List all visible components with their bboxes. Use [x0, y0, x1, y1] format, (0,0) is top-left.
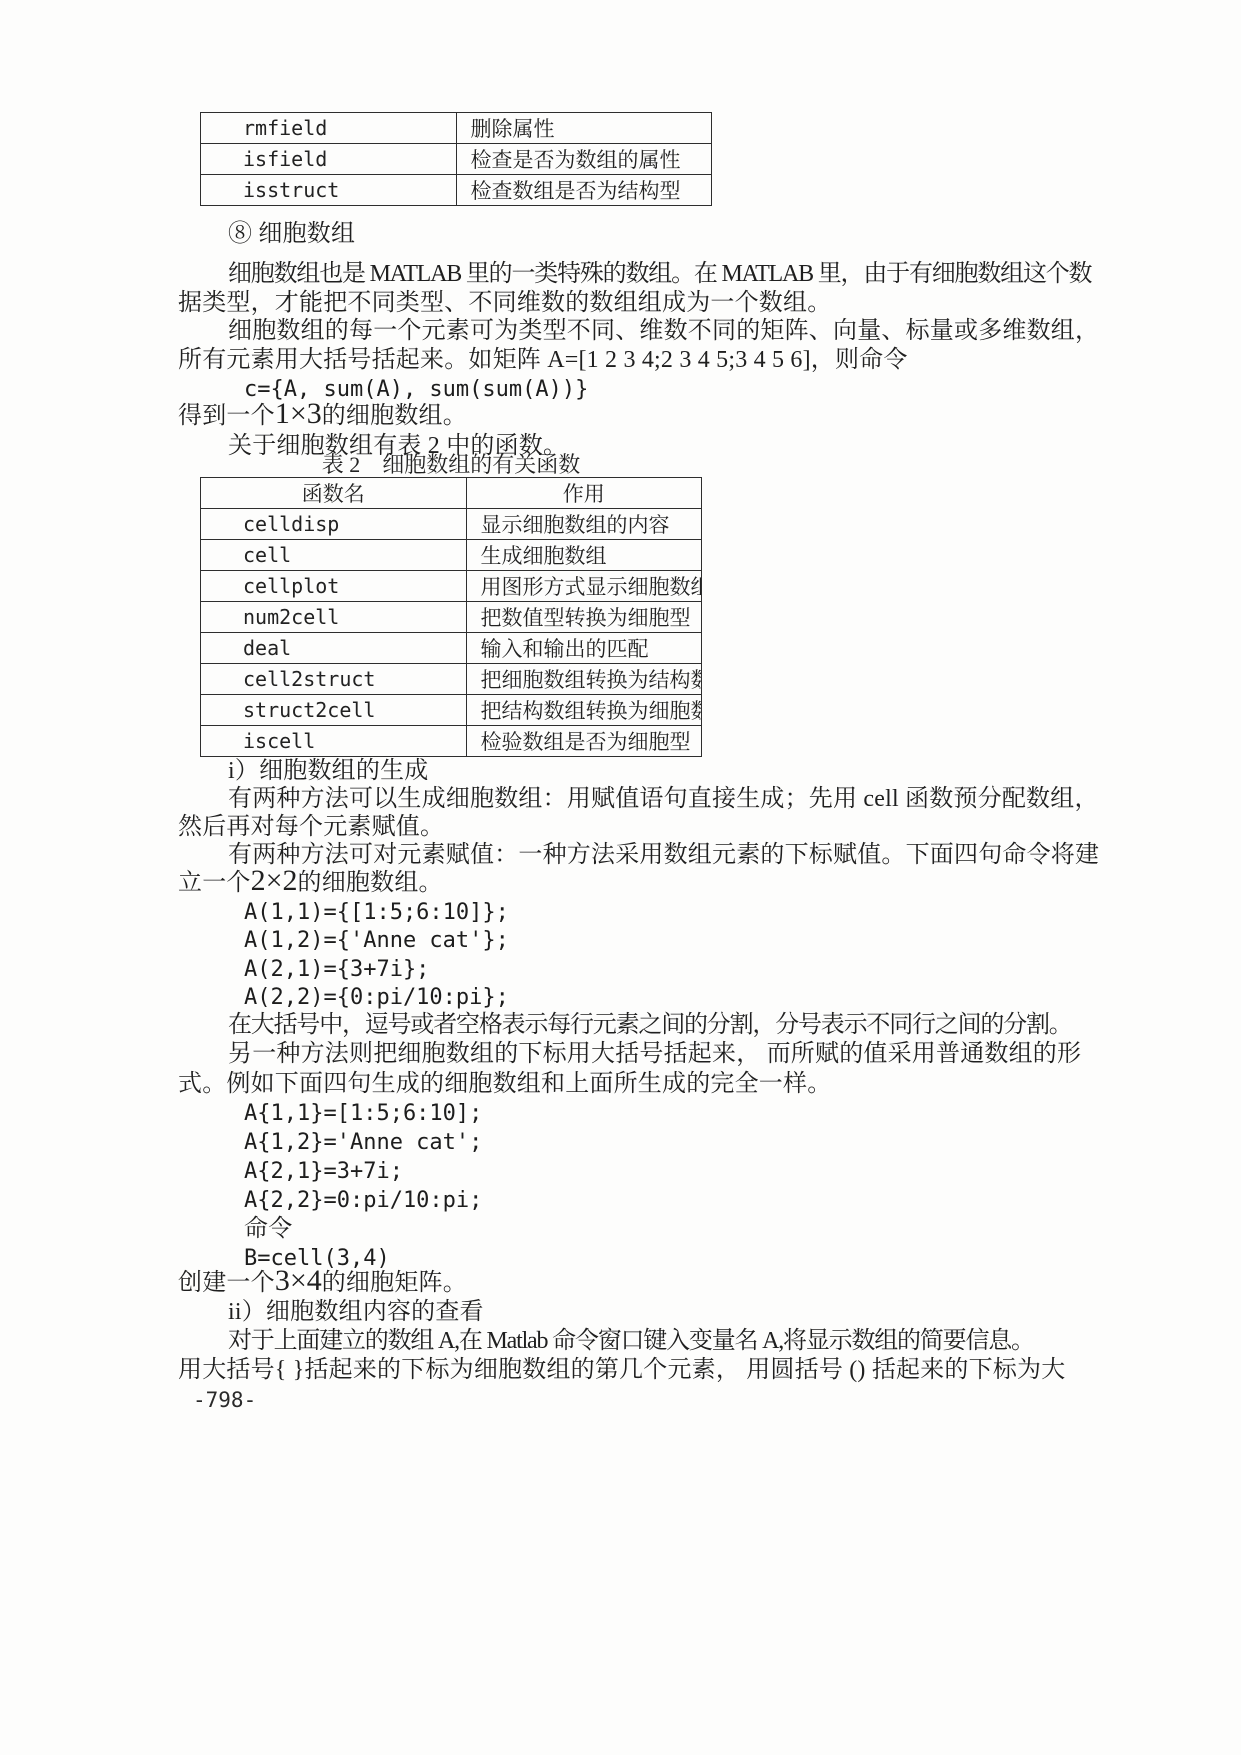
table-caption: 表 2 细胞数组的有关函数	[200, 448, 702, 479]
paragraph-line: 在大括号中，逗号或者空格表示每行元素之间的分割，分号表示不同行之间的分割。	[228, 1011, 1072, 1039]
paragraph-line: 所有元素用大括号括起来。如矩阵 A=[1 2 3 4;2 3 4 5;3 4 5…	[178, 346, 908, 374]
function-name-cell: isfield	[201, 144, 457, 175]
cell-functions-table: 函数名 作用 celldisp 显示细胞数组的内容 cell 生成细胞数组 ce…	[200, 477, 702, 757]
paragraph-line: 命令	[244, 1215, 292, 1243]
paragraph-line: 另一种方法则把细胞数组的下标用大括号括起来， 而所赋的值采用普通数组的形	[228, 1040, 1081, 1068]
paragraph-line: 式。例如下面四句生成的细胞数组和上面所生成的完全一样。	[178, 1070, 831, 1098]
table-row: deal 输入和输出的匹配	[201, 633, 702, 664]
table-row: iscell 检验数组是否为细胞型	[201, 726, 702, 757]
text-part: 的细胞数组。	[322, 403, 467, 429]
code-line: A{1,2}='Anne cat';	[244, 1129, 482, 1156]
math-dimension: 2×2	[251, 864, 298, 897]
column-header: 作用	[466, 478, 701, 509]
function-desc-cell: 输入和输出的匹配	[466, 633, 701, 664]
function-desc-cell: 检查数组是否为结构型	[456, 175, 712, 206]
function-name-cell: celldisp	[201, 509, 467, 540]
paragraph-line: 创建一个3×4的细胞矩阵。	[178, 1269, 467, 1297]
column-header: 函数名	[201, 478, 467, 509]
struct-functions-table: rmfield 删除属性 isfield 检查是否为数组的属性 isstruct…	[200, 112, 712, 206]
table-row: isstruct 检查数组是否为结构型	[201, 175, 712, 206]
code-line: A{2,1}=3+7i;	[244, 1158, 403, 1185]
function-desc-cell: 把细胞数组转换为结构数组	[466, 664, 701, 695]
math-dimension: 3×4	[275, 1264, 322, 1297]
code-line: A{2,2}=0:pi/10:pi;	[244, 1187, 482, 1214]
function-name-cell: num2cell	[201, 602, 467, 633]
paragraph-line: 细胞数组也是 MATLAB 里的一类特殊的数组。在 MATLAB 里，由于有细胞…	[228, 260, 1091, 288]
function-name-cell: cellplot	[201, 571, 467, 602]
function-name-cell: deal	[201, 633, 467, 664]
function-desc-cell: 生成细胞数组	[466, 540, 701, 571]
function-desc-cell: 删除属性	[456, 113, 712, 144]
subsection-heading: ii）细胞数组内容的查看	[228, 1298, 484, 1326]
function-name-cell: isstruct	[201, 175, 457, 206]
paragraph-line: 立一个2×2的细胞数组。	[178, 869, 443, 897]
paragraph-line: 有两种方法可对元素赋值：一种方法采用数组元素的下标赋值。下面四句命令将建	[228, 841, 1099, 869]
paragraph-line: 据类型，才能把不同类型、不同维数的数组组成为一个数组。	[178, 289, 831, 317]
table-row: celldisp 显示细胞数组的内容	[201, 509, 702, 540]
function-desc-cell: 显示细胞数组的内容	[466, 509, 701, 540]
paragraph-line: 然后再对每个元素赋值。	[178, 813, 444, 841]
function-desc-cell: 把结构数组转换为细胞数组	[466, 695, 701, 726]
table-row: isfield 检查是否为数组的属性	[201, 144, 712, 175]
code-line: A{1,1}=[1:5;6:10];	[244, 1100, 482, 1127]
table-row: num2cell 把数值型转换为细胞型	[201, 602, 702, 633]
function-desc-cell: 检查是否为数组的属性	[456, 144, 712, 175]
table-row: struct2cell 把结构数组转换为细胞数组	[201, 695, 702, 726]
function-name-cell: cell	[201, 540, 467, 571]
text-part: 的细胞矩阵。	[322, 1270, 467, 1296]
text-part: 的细胞数组。	[298, 870, 443, 896]
paragraph-line: 细胞数组的每一个元素可为类型不同、维数不同的矩阵、向量、标量或多维数组，	[228, 317, 1099, 345]
table-header-row: 函数名 作用	[201, 478, 702, 509]
table-row: cellplot 用图形方式显示细胞数组	[201, 571, 702, 602]
code-line: A(1,2)={'Anne cat'};	[244, 927, 509, 954]
paragraph-line: 对于上面建立的数组 A,在 Matlab 命令窗口键入变量名 A,将显示数组的简…	[228, 1327, 1034, 1355]
text-part: 立一个	[178, 870, 251, 896]
text-part: 得到一个	[178, 403, 275, 429]
subsection-heading: i）细胞数组的生成	[228, 757, 428, 785]
paragraph-line: 得到一个1×3的细胞数组。	[178, 402, 467, 430]
document-page: rmfield 删除属性 isfield 检查是否为数组的属性 isstruct…	[0, 0, 1241, 1755]
function-name-cell: rmfield	[201, 113, 457, 144]
function-desc-cell: 检验数组是否为细胞型	[466, 726, 701, 757]
function-desc-cell: 把数值型转换为细胞型	[466, 602, 701, 633]
function-name-cell: iscell	[201, 726, 467, 757]
code-line: A(1,1)={[1:5;6:10]};	[244, 899, 509, 926]
function-desc-cell: 用图形方式显示细胞数组	[466, 571, 701, 602]
table-row: cell2struct 把细胞数组转换为结构数组	[201, 664, 702, 695]
paragraph-line: 有两种方法可以生成细胞数组：用赋值语句直接生成；先用 cell 函数预分配数组，	[228, 785, 1099, 813]
function-name-cell: cell2struct	[201, 664, 467, 695]
code-line: A(2,1)={3+7i};	[244, 956, 429, 983]
table-row: rmfield 删除属性	[201, 113, 712, 144]
code-line: A(2,2)={0:pi/10:pi};	[244, 984, 509, 1011]
math-dimension: 1×3	[275, 397, 322, 430]
section-heading: ⑧ 细胞数组	[228, 220, 355, 248]
page-number: -798-	[193, 1388, 256, 1412]
function-name-cell: struct2cell	[201, 695, 467, 726]
text-part: 创建一个	[178, 1270, 275, 1296]
table-row: cell 生成细胞数组	[201, 540, 702, 571]
paragraph-line: 用大括号{ }括起来的下标为细胞数组的第几个元素， 用圆括号 () 括起来的下标…	[178, 1356, 1065, 1384]
